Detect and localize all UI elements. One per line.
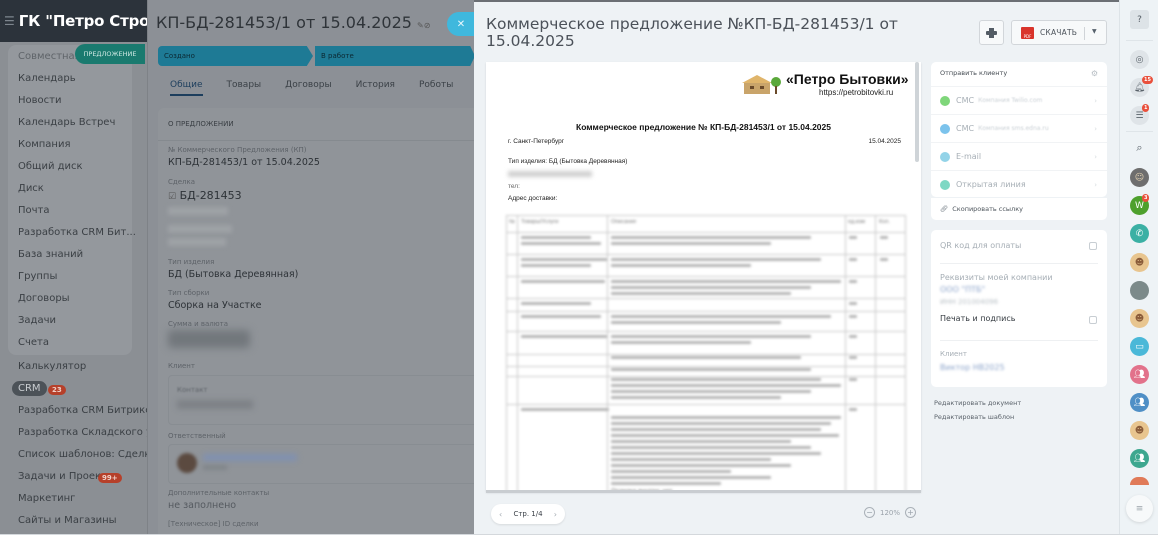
send-to-client-card: Отправить клиенту ⚙ СМСКомпания Twilio.c…: [931, 62, 1107, 197]
copy-link-button[interactable]: 🔗︎ Скопировать ссылку: [931, 198, 1107, 220]
user-badge: 3: [1142, 194, 1149, 202]
sidebar-item[interactable]: Календарь Встреч: [18, 117, 115, 128]
products-table: №Товары/УслугиОписаниеед.измКол.Отделка …: [506, 215, 906, 492]
chevron-down-icon[interactable]: ▼: [1092, 28, 1097, 35]
chevron-right-icon: ›: [1094, 97, 1097, 105]
zoom-control: − 120% +: [864, 507, 916, 518]
preview-scrollbar[interactable]: [915, 62, 919, 162]
group-icon[interactable]: 👥︎: [1130, 449, 1149, 468]
gear-icon[interactable]: ⚙: [1091, 69, 1098, 78]
printer-icon: [986, 28, 997, 38]
send-channel-row[interactable]: E-mail›: [931, 142, 1107, 170]
sidebar-item[interactable]: Разработка CRM Битрикс...: [18, 405, 160, 416]
blurred-field: [168, 207, 228, 215]
sidebar-item[interactable]: Задачи: [18, 315, 56, 326]
edit-pencil-icon[interactable]: ✎⊘: [417, 21, 430, 30]
table-header: Описание: [611, 219, 636, 225]
download-button[interactable]: PDF СКАЧАТЬ ▼: [1011, 20, 1107, 45]
company-name[interactable]: ООО "ПТБ": [940, 285, 985, 294]
search-icon[interactable]: ⌕: [1130, 138, 1149, 157]
divider: [940, 263, 1098, 264]
responsible-box: [168, 444, 488, 484]
document-product-type: Тип изделия: БД (Бытовка Деревянная): [508, 158, 627, 165]
client-box: Контакт ✆: [168, 375, 488, 425]
document-title: Коммерческое предложение №КП-БД-281453/1…: [486, 16, 906, 50]
responsible-name-blurred[interactable]: [203, 454, 297, 461]
sidebar-item[interactable]: Калькулятор: [18, 361, 86, 372]
table-header: ед.изм: [848, 219, 865, 225]
app-root: ☰ ГК "Петро Строй" Совместная рКалендарь…: [0, 0, 1158, 539]
contact-label: Контакт: [177, 386, 208, 394]
tab-products[interactable]: Товары: [227, 80, 262, 90]
print-button[interactable]: [979, 20, 1004, 45]
about-offer-card: О ПРЕДЛОЖЕНИИ № Коммерческого Предложени…: [158, 108, 485, 539]
page-indicator: Стр. 1/4: [513, 510, 542, 518]
blurred-field: [168, 238, 226, 246]
entity-title-text: КП-БД-281453/1 от 15.04.2025: [156, 13, 412, 32]
kp-number-value: КП-БД-281453/1 от 15.04.2025: [168, 157, 320, 168]
close-icon: ✕: [457, 19, 465, 30]
channel-label: E-mail: [956, 152, 981, 161]
channel-icon: [940, 96, 950, 106]
divider: [1126, 131, 1153, 132]
prev-page-button[interactable]: ‹: [499, 510, 502, 519]
phone-icon[interactable]: ✆: [1130, 224, 1149, 243]
tab-general[interactable]: Общие: [170, 80, 203, 90]
assembly-label: Тип сборки: [168, 289, 209, 297]
user-initial: W: [1135, 201, 1144, 211]
pdf-icon: PDF: [1021, 27, 1034, 39]
edit-document-link[interactable]: Редактировать документ: [934, 399, 1021, 407]
chevron-right-icon: ›: [1094, 153, 1097, 161]
close-slider-button[interactable]: ✕: [447, 12, 475, 36]
tech-id-label: [Техническое] ID сделки: [168, 520, 259, 528]
channel-provider: Компания sms.edna.ru: [978, 125, 1049, 132]
document-preview[interactable]: «Петро Бытовки» https://petrobitovki.ru …: [486, 62, 921, 492]
qr-label: QR код для оплаты: [940, 241, 1021, 250]
send-channel-row[interactable]: СМСКомпания sms.edna.ru›: [931, 114, 1107, 142]
entity-panel: КП-БД-281453/1 от 15.04.2025 ✎⊘ Создано …: [147, 0, 474, 539]
sidebar-item[interactable]: Список шаблонов: Сделка: [18, 449, 157, 460]
sidebar-item[interactable]: Сайты и Магазины: [18, 515, 117, 526]
sidebar-item[interactable]: Маркетинг: [18, 493, 75, 504]
stage-created[interactable]: Создано: [158, 46, 313, 66]
extra-contacts-value: не заполнено: [168, 500, 236, 511]
download-label: СКАЧАТЬ: [1040, 28, 1077, 37]
document-slider: Коммерческое предложение №КП-БД-281453/1…: [474, 0, 1119, 534]
document-city: г. Санкт-Петербург: [508, 138, 564, 145]
right-toolbar: ? ◎ 🔔︎ 15 ☰ 1 ⌕ ☺ W 3 ✆ ☻ ☻ ▭ 👥︎ 👥︎ ☻ 👥︎…: [1119, 0, 1158, 539]
chat-badge: 1: [1142, 104, 1149, 112]
stamp-checkbox[interactable]: [1089, 316, 1097, 324]
bottom-edge: [0, 534, 1158, 539]
menu-icon[interactable]: ☰: [4, 14, 15, 28]
group-icon[interactable]: 👥︎: [1130, 365, 1149, 384]
product-type-value: БД (Бытовка Деревянная): [168, 269, 298, 280]
tasks-badge: 99+: [98, 473, 122, 483]
next-page-button[interactable]: ›: [554, 510, 557, 519]
document-address: Адрес доставки:: [508, 195, 557, 202]
offer-tag: ПРЕДЛОЖЕНИЕ: [75, 44, 145, 64]
chevron-right-icon: ›: [1094, 181, 1097, 189]
document-heading: Коммерческое предложение № КП-БД-281453/…: [486, 122, 921, 132]
left-sidebar: ☰ ГК "Петро Строй" Совместная рКалендарь…: [0, 0, 147, 539]
company-logo-icon: [740, 72, 782, 96]
notifications-badge: 15: [1142, 76, 1153, 84]
page-navigator: ‹ Стр. 1/4 ›: [491, 504, 565, 524]
extra-contacts-label: Дополнительные контакты: [168, 489, 269, 497]
entity-title: КП-БД-281453/1 от 15.04.2025 ✎⊘: [156, 13, 430, 32]
tab-robots[interactable]: Роботы: [419, 80, 453, 90]
goto-icon[interactable]: ◎: [1130, 50, 1149, 69]
sidebar-item[interactable]: Диск: [18, 183, 44, 194]
brand-site: https://petrobitovki.ru: [819, 88, 893, 97]
stamp-label: Печать и подпись: [940, 314, 1015, 323]
channel-label: СМС: [956, 124, 974, 133]
divider: [1084, 27, 1085, 40]
chevron-right-icon: ›: [1094, 125, 1097, 133]
sidebar-item[interactable]: Группы: [18, 271, 57, 282]
client-label: Клиент: [940, 350, 967, 358]
zoom-out-button[interactable]: −: [864, 507, 875, 518]
stage-in-progress[interactable]: В работе: [315, 46, 475, 66]
avatar[interactable]: ☻: [1130, 421, 1149, 440]
avatar[interactable]: ☻: [1130, 253, 1149, 272]
blurred-field: [168, 225, 232, 233]
section-title: О ПРЕДЛОЖЕНИИ: [168, 120, 234, 128]
channel-label: Открытая линия: [956, 180, 1026, 189]
zoom-in-button[interactable]: +: [905, 507, 916, 518]
sidebar-item[interactable]: Календарь: [18, 73, 76, 84]
contact-value-blurred: [177, 400, 253, 409]
sidebar-group: [8, 45, 132, 355]
edit-template-link[interactable]: Редактировать шаблон: [934, 413, 1014, 421]
more-menu-icon[interactable]: ≡: [1126, 495, 1153, 522]
zoom-level: 120%: [880, 509, 900, 517]
channel-icon: [940, 180, 950, 190]
sidebar-item[interactable]: Новости: [18, 95, 61, 106]
sidebar-item[interactable]: Компания: [18, 139, 70, 150]
amount-value-blurred: [168, 330, 250, 348]
document-phone: тел:: [508, 183, 520, 190]
deal-value: БД-281453: [180, 189, 242, 202]
avatar[interactable]: [1130, 477, 1149, 485]
help-icon[interactable]: ?: [1130, 10, 1149, 29]
open-line-icon[interactable]: ▭: [1130, 337, 1149, 356]
channel-icon: [940, 124, 950, 134]
send-title: Отправить клиенту: [940, 69, 1007, 77]
sidebar-item[interactable]: Договоры: [18, 293, 70, 304]
divider: [940, 340, 1098, 341]
tab-history[interactable]: История: [356, 80, 395, 90]
avatar[interactable]: [1130, 281, 1149, 300]
customer-blurred: [508, 171, 592, 177]
sidebar-item[interactable]: Общий диск: [18, 161, 83, 172]
channel-icon: [940, 152, 950, 162]
client-name[interactable]: Виктор НВ2025: [940, 363, 1005, 372]
avatar[interactable]: ☺: [1130, 168, 1149, 187]
channel-provider: Компания Twilio.com: [978, 97, 1042, 104]
qr-checkbox[interactable]: [1089, 242, 1097, 250]
portal-title[interactable]: ГК "Петро Строй": [19, 12, 167, 30]
crm-badge: 23: [48, 385, 66, 395]
channel-label: СМС: [956, 96, 974, 105]
responsible-role-blurred: [203, 465, 227, 470]
product-type-label: Тип изделия: [168, 258, 214, 266]
sidebar-item-crm[interactable]: CRM: [12, 381, 47, 396]
copy-link-label: Скопировать ссылку: [952, 205, 1023, 213]
link-icon: 🔗︎: [940, 205, 948, 213]
sidebar-item[interactable]: Почта: [18, 205, 50, 216]
table-header: №: [509, 219, 515, 225]
assembly-value: Сборка на Участке: [168, 300, 262, 311]
send-channel-row[interactable]: СМСКомпания Twilio.com›: [931, 86, 1107, 114]
group-icon[interactable]: 👥︎: [1130, 393, 1149, 412]
table-header: Товары/Услуги: [521, 219, 558, 225]
deal-label: Сделка: [168, 178, 195, 186]
document-options-card: QR код для оплаты Реквизиты моей компани…: [931, 230, 1107, 387]
sidebar-item[interactable]: Счета: [18, 337, 49, 348]
responsible-label: Ответственный: [168, 432, 226, 440]
document-date: 15.04.2025: [868, 138, 901, 145]
preview-bottom-edge: [486, 490, 921, 493]
avatar[interactable]: ☻: [1130, 309, 1149, 328]
deal-link[interactable]: ☑ БД-281453: [168, 189, 242, 202]
divider: [1126, 40, 1153, 41]
amount-label: Сумма и валюта: [168, 320, 228, 328]
company-label: Реквизиты моей компании: [940, 273, 1053, 282]
sidebar-item[interactable]: Разработка CRM Бит...: [18, 227, 136, 238]
tab-contracts[interactable]: Договоры: [285, 80, 331, 90]
deal-icon: ☑: [168, 192, 176, 202]
brand-name: «Петро Бытовки»: [786, 71, 909, 87]
send-channel-row[interactable]: Открытая линия›: [931, 170, 1107, 198]
company-inn: ИНН 201004096: [940, 298, 998, 306]
client-label: Клиент: [168, 362, 195, 370]
table-header: Кол.: [879, 219, 890, 225]
portal-header: ☰ ГК "Петро Строй": [0, 0, 147, 42]
kp-number-label: № Коммерческого Предложения (КП): [168, 146, 307, 154]
sidebar-item[interactable]: Разработка Складского у...: [18, 427, 162, 438]
divider: [158, 140, 485, 141]
avatar[interactable]: [177, 453, 197, 473]
sidebar-item[interactable]: База знаний: [18, 249, 83, 260]
